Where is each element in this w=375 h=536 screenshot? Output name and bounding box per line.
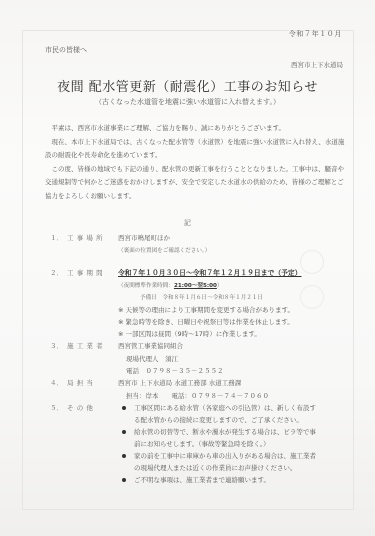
work-hours: （夜間標準作業時間：21:00～翌5:00） <box>118 281 222 289</box>
bullet-continuation: の現場代理人または近くの作業員にお声掛けください。 <box>134 463 297 472</box>
work-hours-label: （夜間標準作業時間： <box>118 283 174 289</box>
other-bullet: 工事区間にある給水管（各家庭への引込管）は、新しく布設す <box>122 403 316 412</box>
recipient: 市民の皆様へ <box>45 45 87 55</box>
other-bullet: 家の前を工事中に車庫から車の出入りがある場合は、施工業者 <box>122 451 316 460</box>
item-number: ２． <box>50 268 63 277</box>
bureau-department: 西宮市 上下水道局 水道工務部 水道工務課 <box>118 378 241 387</box>
bureau-contact: 担当：岸本 電話：０７９８－７４－７０６０ <box>126 391 269 400</box>
bullet-icon <box>122 454 126 458</box>
bullet-text: 家の前を工事中に車庫から車の出入りがある場合は、施工業者 <box>134 452 316 460</box>
period-value: 令和７年１０月３０日～令和７年１２月１９日まで（予定） <box>118 267 302 277</box>
item-label-contractor: 施工業者 <box>67 341 106 350</box>
item-label-location: 工事場所 <box>67 233 106 242</box>
item-number: ４． <box>50 378 63 387</box>
bullet-continuation: 前にお知らせします。（事故等緊急時を除く。） <box>134 439 270 448</box>
other-bullet: ご不明な事項は、施工業者まで連絡願います。 <box>122 475 270 484</box>
item-number: １． <box>50 233 63 242</box>
intro-paragraph: 現在、本市上下水道局では、古くなった配水管等（水道管）を地震に強い水道管に入れ替… <box>45 136 345 163</box>
work-hours-suffix: ） <box>217 283 223 289</box>
item-label-period: 工事期間 <box>67 268 106 277</box>
location-note: （裏面の位置図をご確認ください。） <box>118 246 210 254</box>
bullet-icon <box>122 430 126 434</box>
bullet-text: 給水管の切替等で、断水や濁水が発生する場合は、ビラ等で事 <box>134 428 316 436</box>
period-note: ※ 緊急時等を除き、日曜日や祝祭日等は作業を休止します。 <box>118 317 294 326</box>
intro-paragraph: この度、皆様の地域でも下記の通り、配水管の更新工事を行うこととなりました。工事中… <box>45 163 345 204</box>
notice-paper: 令和７年１０月 市民の皆様へ 西宮市上下水道局 夜間 配水管更新（耐震化）工事の… <box>0 0 375 536</box>
site-agent: 現場代理人 須江 <box>126 354 178 363</box>
notice-subtitle: （古くなった水道管を地震に強い水道管に入れ替えます。） <box>0 97 375 107</box>
ki-heading: 記 <box>0 218 375 228</box>
bullet-icon <box>122 406 126 410</box>
intro-paragraph: 平素は、西宮市水道事業にご理解、ご協力を賜り、誠にありがとうございます。 <box>45 122 345 136</box>
location-value: 西宮市鳴尾町ほか <box>118 233 170 242</box>
contractor-phone: 電話 ０７９８－３５－２５５２ <box>126 366 224 375</box>
item-number: ５． <box>50 403 63 412</box>
bullet-continuation: る配水管からの接続に変更しますので、ご了承ください。 <box>134 415 303 424</box>
contractor-name: 西宮管工事業協同組合 <box>118 341 183 350</box>
notice-title: 夜間 配水管更新（耐震化）工事のお知らせ <box>0 76 375 95</box>
bullet-icon <box>122 478 126 482</box>
item-label-bureau: 局担当 <box>67 378 96 387</box>
item-label-other: その他 <box>67 403 96 412</box>
sender: 西宮市上下水道局 <box>291 60 343 69</box>
reserve-days: 予備日 令和８年１月６日～令和８年１月２１日 <box>140 293 263 301</box>
intro-text: 平素は、西宮市水道事業にご理解、ご協力を賜り、誠にありがとうございます。 現在、… <box>45 122 345 204</box>
other-bullet: 給水管の切替等で、断水や濁水が発生する場合は、ビラ等で事 <box>122 427 316 436</box>
period-note: ※ 一部区間は昼間（9時～17時）に作業します。 <box>118 329 261 338</box>
watermark-circle <box>300 285 324 309</box>
item-number: ３． <box>50 341 63 350</box>
bullet-text: ご不明な事項は、施工業者まで連絡願います。 <box>134 476 270 484</box>
bullet-text: 工事区間にある給水管（各家庭への引込管）は、新しく布設す <box>134 404 316 412</box>
watermark-circle <box>300 250 324 274</box>
period-note: ※ 天候等の理由により工事期間を変更する場合があります。 <box>118 305 294 314</box>
work-hours-value: 21:00～翌5:00 <box>174 283 217 289</box>
issue-date: 令和７年１０月 <box>289 29 342 39</box>
